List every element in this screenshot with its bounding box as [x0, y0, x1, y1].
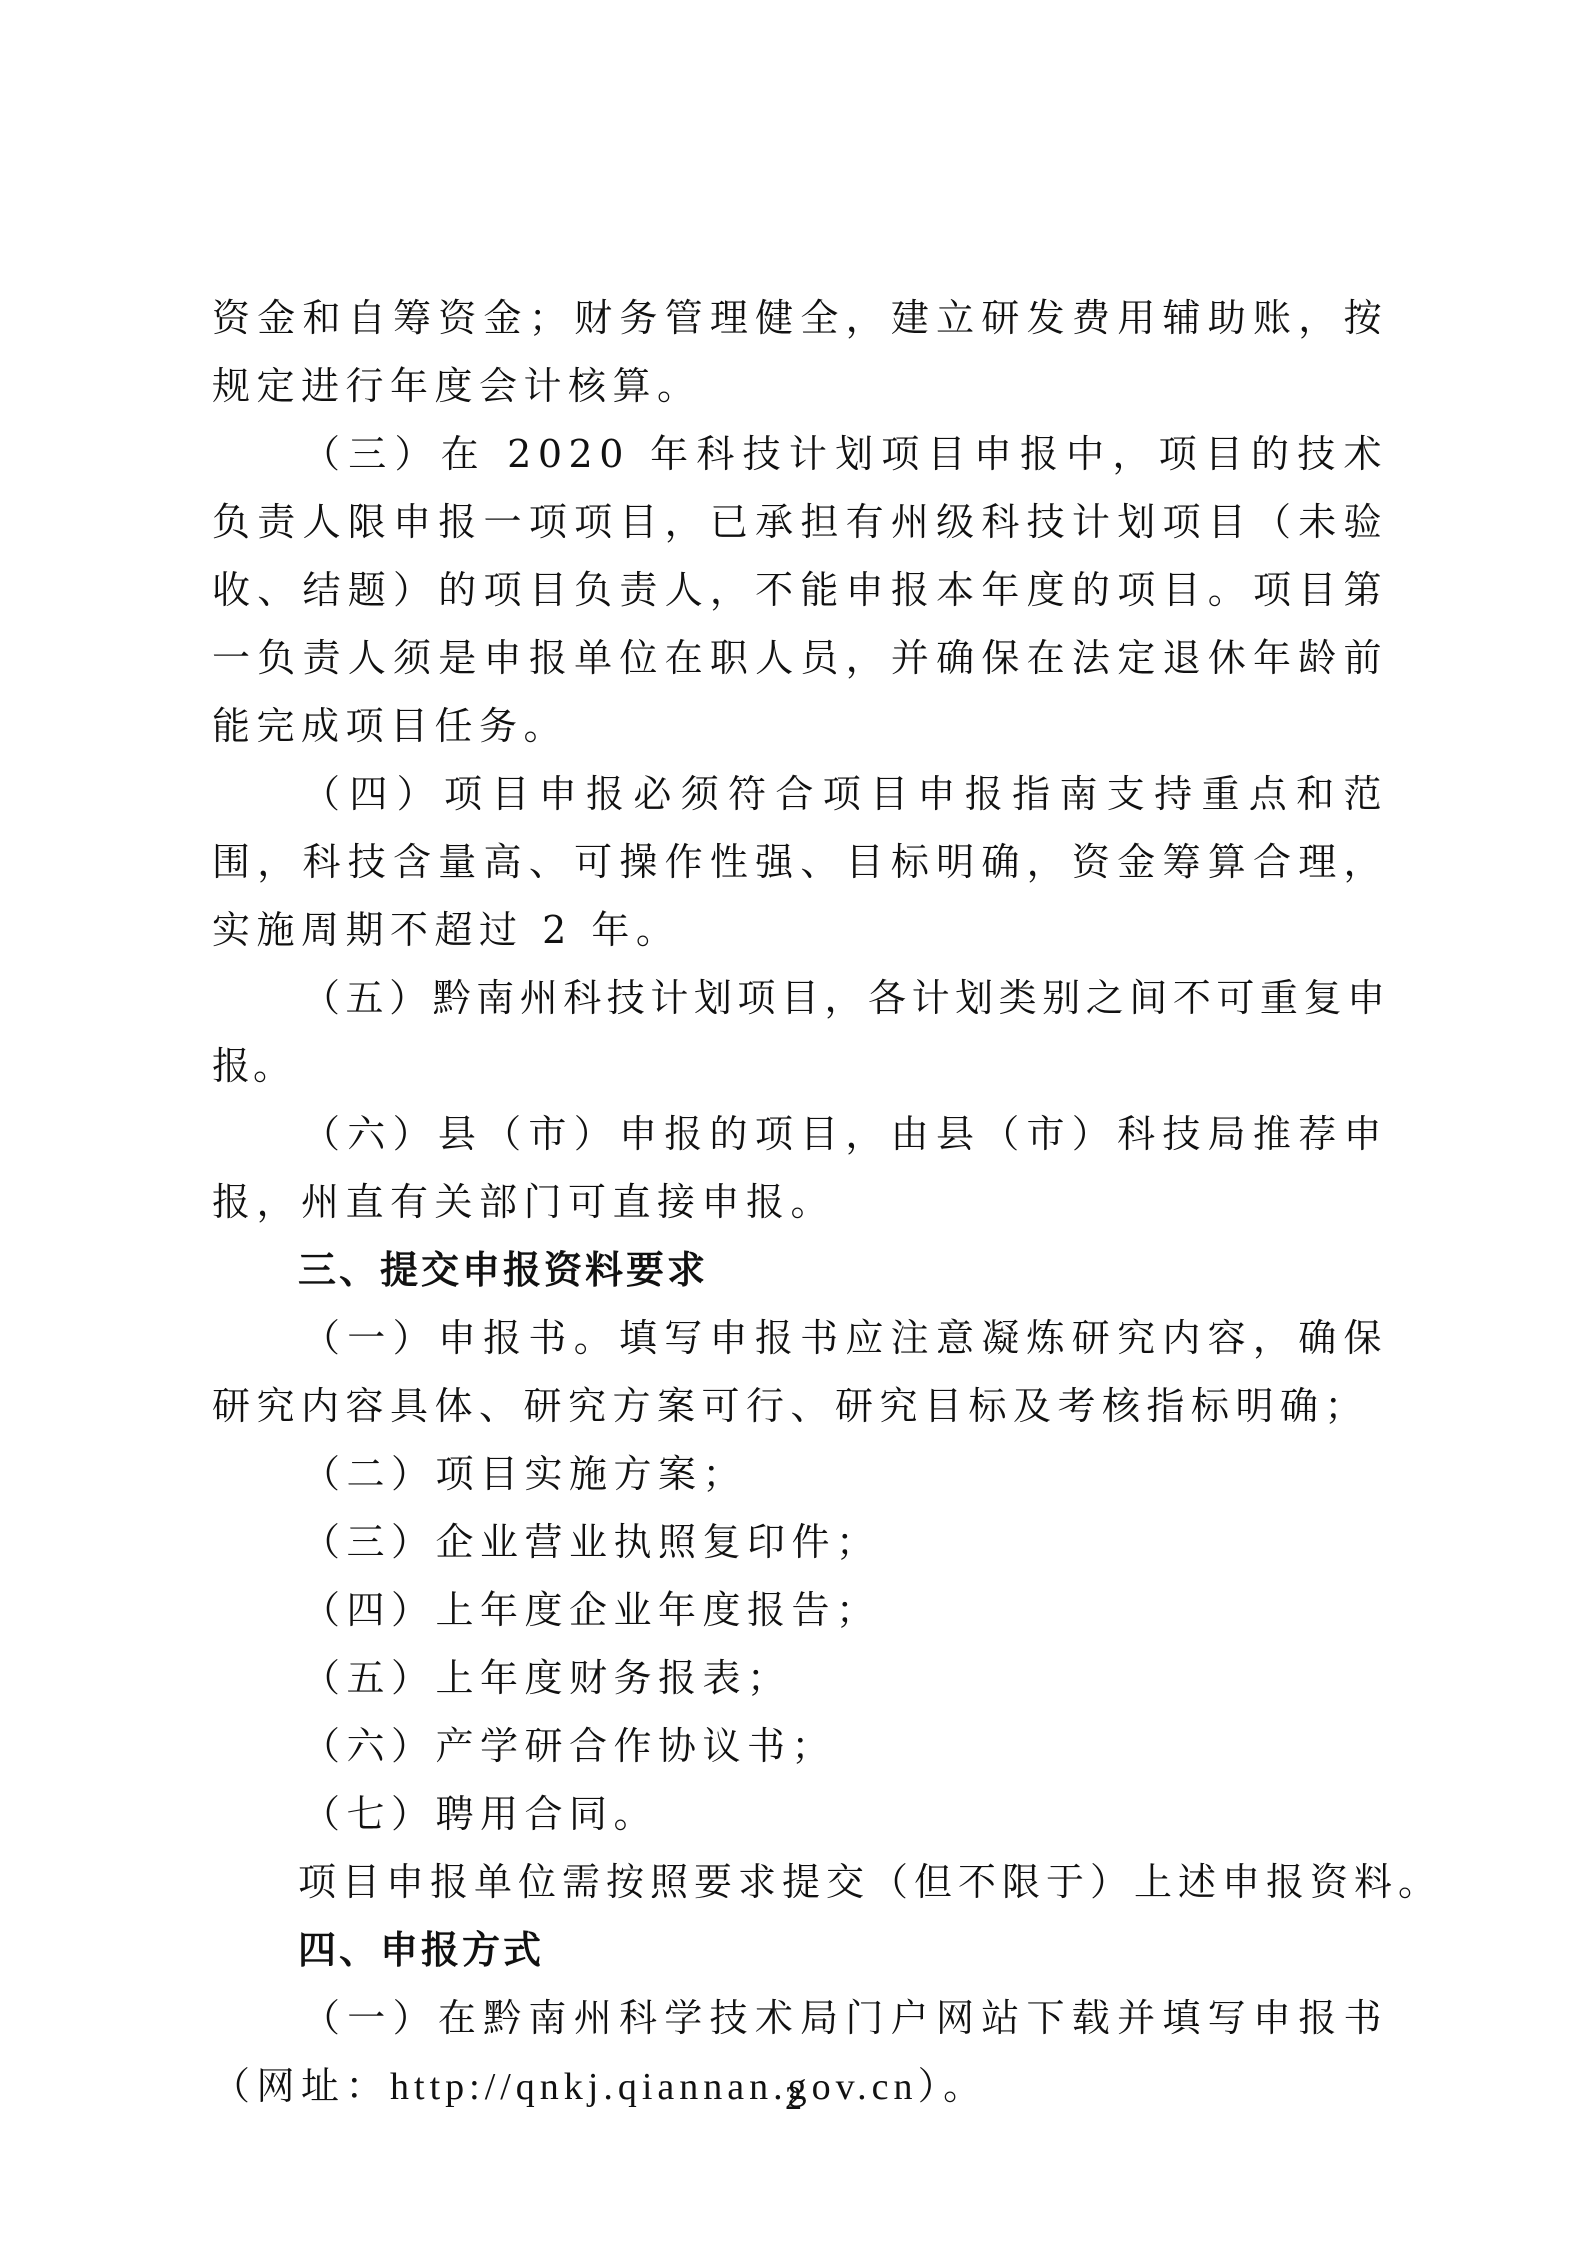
section-heading-application-method: 四、申报方式: [212, 1916, 1388, 1984]
materials-item-5: （五）上年度财务报表；: [212, 1644, 1388, 1712]
document-page: 资金和自筹资金；财务管理健全，建立研发费用辅助账，按规定进行年度会计核算。 （三…: [0, 0, 1587, 2245]
materials-item-3: （三）企业营业执照复印件；: [212, 1508, 1388, 1576]
materials-closing-note: 项目申报单位需按照要求提交（但不限于）上述申报资料。: [212, 1848, 1388, 1916]
materials-item-4: （四）上年度企业年度报告；: [212, 1576, 1388, 1644]
materials-item-7: （七）聘用合同。: [212, 1780, 1388, 1848]
section-heading-submission-materials: 三、提交申报资料要求: [212, 1236, 1388, 1304]
paragraph-requirement-4: （四）项目申报必须符合项目申报指南支持重点和范围，科技含量高、可操作性强、目标明…: [212, 760, 1388, 964]
paragraph-requirement-3: （三）在 2020 年科技计划项目申报中，项目的技术负责人限申报一项项目，已承担…: [212, 420, 1388, 760]
paragraph-requirement-6: （六）县（市）申报的项目，由县（市）科技局推荐申报，州直有关部门可直接申报。: [212, 1100, 1388, 1236]
materials-item-2: （二）项目实施方案；: [212, 1440, 1388, 1508]
paragraph-requirement-5: （五）黔南州科技计划项目，各计划类别之间不可重复申报。: [212, 964, 1388, 1100]
materials-item-6: （六）产学研合作协议书；: [212, 1712, 1388, 1780]
document-body: 资金和自筹资金；财务管理健全，建立研发费用辅助账，按规定进行年度会计核算。 （三…: [212, 284, 1388, 2121]
paragraph-funding-continuation: 资金和自筹资金；财务管理健全，建立研发费用辅助账，按规定进行年度会计核算。: [212, 284, 1388, 420]
page-number: 2: [0, 2080, 1587, 2118]
materials-item-1: （一）申报书。填写申报书应注意凝炼研究内容，确保研究内容具体、研究方案可行、研究…: [212, 1304, 1388, 1440]
